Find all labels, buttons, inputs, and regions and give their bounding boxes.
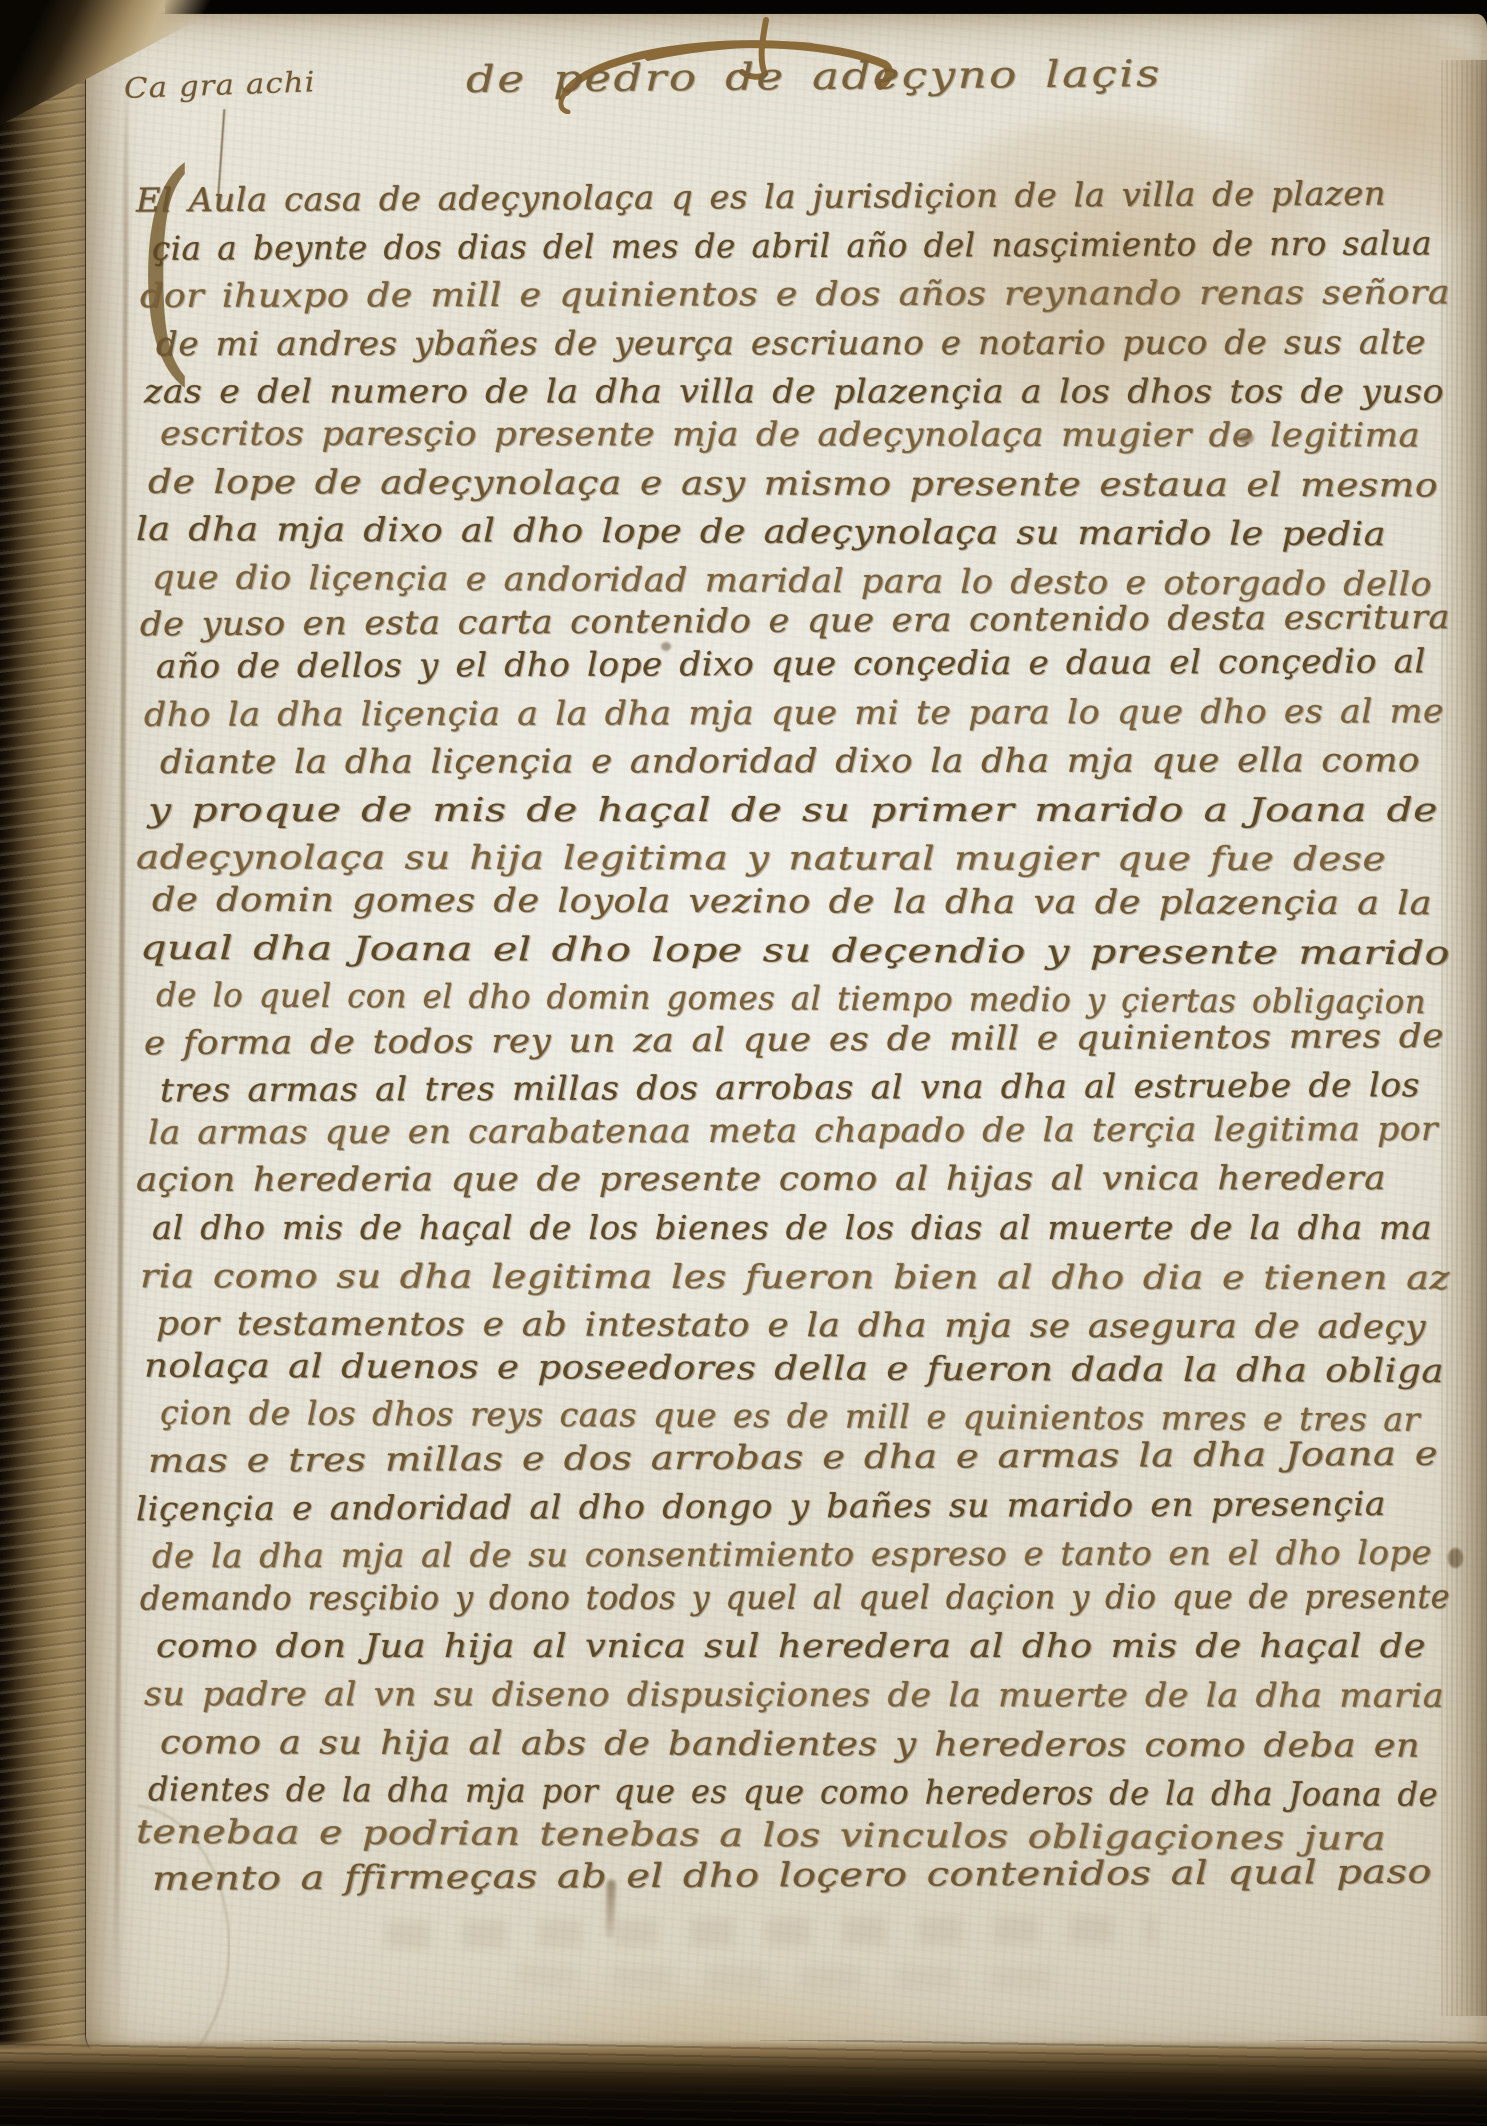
manuscript-line: El Aula casa de adeçynolaça q es la juri… — [136, 171, 1386, 225]
margin-note: Ca gra achi — [123, 65, 316, 105]
manuscript-line: año de dellos y el dho lope dixo que con… — [156, 638, 1426, 690]
manuscript-line: como don Jua hija al vnica sul heredera … — [156, 1623, 1426, 1670]
manuscript-line: de lope de adeçynolaça e asy mismo prese… — [148, 458, 1438, 508]
manuscript-line: de domin gomes de loyola vezino de la dh… — [152, 877, 1432, 927]
manuscript-line: diante la dha liçençia e andoridad dixo … — [160, 737, 1420, 785]
manuscript-line: al dho mis de haçal de los bienes de los… — [152, 1205, 1432, 1252]
manuscript-line: demando resçibio y dono todos y quel al … — [140, 1574, 1450, 1622]
manuscript-line: la dha mja dixo al dho lope de adeçynola… — [136, 506, 1386, 558]
manuscript-line: nolaça al duenos e poseedores della e fu… — [144, 1342, 1444, 1394]
manuscript-line: çia a beynte dos dias del mes de abril a… — [152, 220, 1432, 272]
show-through-ghost-text — [516, 1965, 1076, 1990]
manuscript-line: de la dha mja al de su consentimiento es… — [152, 1530, 1432, 1580]
manuscript-line: ria como su dha legitima les fueron bien… — [140, 1253, 1450, 1301]
manuscript-line: dor ihuxpo de mill e quinientos e dos añ… — [140, 270, 1450, 320]
left-fold-crease — [114, 69, 129, 2031]
manuscript-line: açion herederia que de presente como al … — [136, 1156, 1386, 1204]
manuscript-line: y proque de mis de haçal de su primer ma… — [148, 787, 1438, 834]
manuscript-line: la armas que en carabatenaa meta chapado… — [148, 1106, 1438, 1156]
manuscript-line: zas e del numero de la dha villa de plaz… — [144, 369, 1444, 416]
manuscript-page: Ca gra achi de pedro de adeçyno laçis ( … — [86, 14, 1487, 2066]
show-through-ghost-text — [386, 1915, 1156, 1948]
manuscript-line: su padre al vn su diseno dispusiçiones d… — [144, 1671, 1444, 1719]
manuscript-line: dho la dha liçençia a la dha mja que mi … — [144, 688, 1444, 738]
manuscript-line: adeçynolaça su hija legitima y natural m… — [136, 835, 1386, 883]
manuscript-line: escritos paresçio presente mja de adeçyn… — [160, 411, 1420, 459]
manuscript-line: qual dha Joana el dho lope su deçendio y… — [140, 924, 1450, 976]
manuscript-line: e forma de todos rey un za al que es de … — [144, 1013, 1444, 1067]
manuscript-line: como a su hija al abs de bandientes y he… — [160, 1719, 1420, 1769]
manuscript-line: mento a ffirmeças ab el dho loçero conte… — [152, 1849, 1432, 1903]
book-leaf-stack-bottom — [0, 2040, 1487, 2126]
manuscript-line: de mi andres ybañes de yeurça escriuano … — [156, 319, 1426, 367]
manuscript-line: mas e tres millas e dos arrobas e dha e … — [148, 1431, 1438, 1485]
manuscript-photo: Ca gra achi de pedro de adeçyno laçis ( … — [0, 0, 1487, 2126]
page-heading: de pedro de adeçyno laçis — [466, 52, 1162, 101]
body-lines: El Aula casa de adeçynolaça q es la juri… — [148, 180, 1458, 1904]
manuscript-line: liçençia e andoridad al dho dongo y bañe… — [136, 1481, 1386, 1533]
